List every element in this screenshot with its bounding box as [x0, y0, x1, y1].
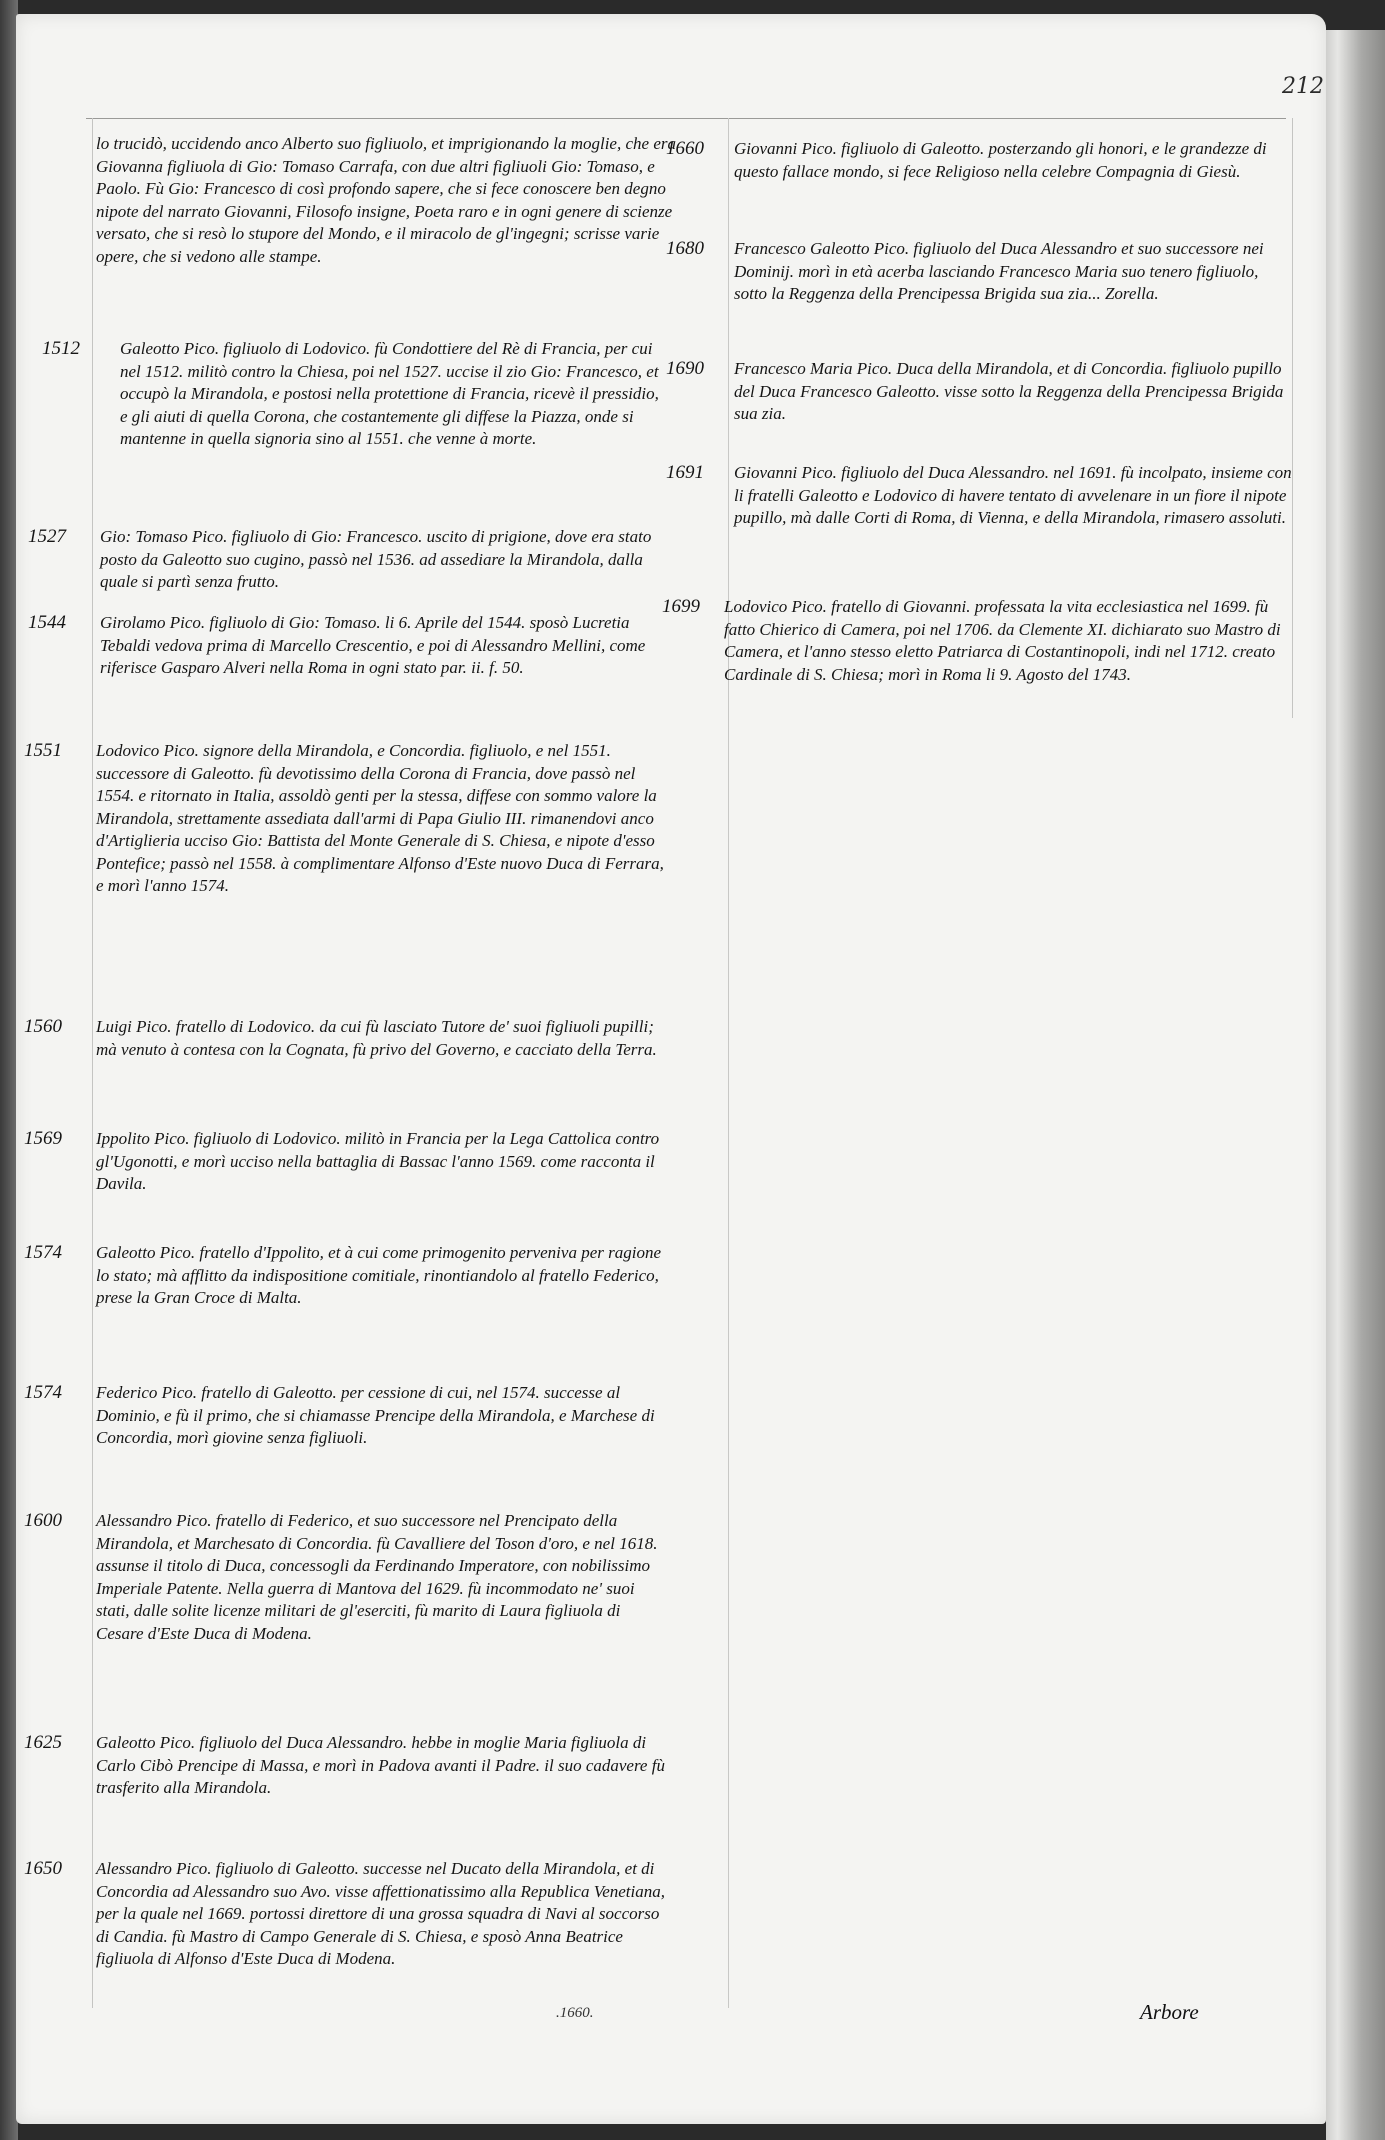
ruled-column-divider [728, 118, 729, 2008]
entry-1574-galeotto: 1574 Galeotto Pico. fratello d'Ippolito,… [96, 1242, 666, 1310]
entry-year: 1574 [24, 1382, 94, 1405]
entry-year: 1551 [24, 740, 94, 763]
catchword: Arbore [1140, 2000, 1199, 2025]
entry-year: 1512 [42, 338, 112, 361]
entry-text: Lodovico Pico. signore della Mirandola, … [96, 740, 666, 898]
entry-year: 1625 [24, 1732, 94, 1755]
entry-1680: 1680 Francesco Galeotto Pico. figliuolo … [734, 238, 1294, 306]
entry-year: 1691 [666, 462, 736, 485]
entry-1625: 1625 Galeotto Pico. figliuolo del Duca A… [96, 1732, 666, 1800]
entry-1660: 1660 Giovanni Pico. figliuolo di Galeott… [734, 138, 1294, 183]
entry-text: Giovanni Pico. figliuolo del Duca Alessa… [734, 462, 1294, 530]
entry-text: Francesco Maria Pico. Duca della Mirando… [734, 358, 1294, 426]
entry-year: 1650 [24, 1858, 94, 1881]
entry-year: 1574 [24, 1242, 94, 1265]
entry-1544: 1544 Girolamo Pico. figliuolo di Gio: To… [100, 612, 660, 680]
entry-1512: 1512 Galeotto Pico. figliuolo di Lodovic… [120, 338, 660, 451]
page-edge [1326, 30, 1385, 2140]
entry-year: 1680 [666, 238, 736, 261]
entry-text: lo trucidò, uccidendo anco Alberto suo f… [96, 133, 676, 268]
entry-year: 1560 [24, 1016, 94, 1039]
entry-text: Girolamo Pico. figliuolo di Gio: Tomaso.… [100, 612, 660, 680]
entry-year: 1660 [666, 138, 736, 161]
ruled-margin-top [86, 118, 1286, 119]
entry-text: Giovanni Pico. figliuolo di Galeotto. po… [734, 138, 1294, 183]
ruled-margin-left [92, 118, 93, 2008]
entry-text: Alessandro Pico. figliuolo di Galeotto. … [96, 1858, 666, 1971]
entry-1560: 1560 Luigi Pico. fratello di Lodovico. d… [96, 1016, 666, 1061]
entry-1650: 1650 Alessandro Pico. figliuolo di Galeo… [96, 1858, 666, 1971]
continuation-paragraph: lo trucidò, uccidendo anco Alberto suo f… [96, 133, 676, 268]
entry-text: Alessandro Pico. fratello di Federico, e… [96, 1510, 666, 1645]
manuscript-page [16, 14, 1326, 2124]
entry-text: Francesco Galeotto Pico. figliuolo del D… [734, 238, 1294, 306]
entry-year: 1527 [28, 526, 98, 549]
entry-year: 1699 [662, 596, 732, 619]
entry-year: 1690 [666, 358, 736, 381]
entry-1551: 1551 Lodovico Pico. signore della Mirand… [96, 740, 666, 898]
entry-text: Gio: Tomaso Pico. figliuolo di Gio: Fran… [100, 526, 660, 594]
entry-text: Ippolito Pico. figliuolo di Lodovico. mi… [96, 1128, 666, 1196]
bottom-date-note: .1660. [556, 2005, 594, 2022]
entry-text: Lodovico Pico. fratello di Giovanni. pro… [724, 596, 1284, 686]
entry-1691: 1691 Giovanni Pico. figliuolo del Duca A… [734, 462, 1294, 530]
entry-year: 1569 [24, 1128, 94, 1151]
entry-text: Luigi Pico. fratello di Lodovico. da cui… [96, 1016, 666, 1061]
entry-year: 1544 [28, 612, 98, 635]
entry-year: 1600 [24, 1510, 94, 1533]
entry-text: Galeotto Pico. fratello d'Ippolito, et à… [96, 1242, 666, 1310]
entry-1569: 1569 Ippolito Pico. figliuolo di Lodovic… [96, 1128, 666, 1196]
entry-1527: 1527 Gio: Tomaso Pico. figliuolo di Gio:… [100, 526, 660, 594]
entry-1600: 1600 Alessandro Pico. fratello di Federi… [96, 1510, 666, 1645]
entry-text: Federico Pico. fratello di Galeotto. per… [96, 1382, 666, 1450]
entry-1690: 1690 Francesco Maria Pico. Duca della Mi… [734, 358, 1294, 426]
entry-text: Galeotto Pico. figliuolo di Lodovico. fù… [120, 338, 660, 451]
entry-1699: 1699 Lodovico Pico. fratello di Giovanni… [724, 596, 1284, 686]
entry-text: Galeotto Pico. figliuolo del Duca Alessa… [96, 1732, 666, 1800]
entry-1574-federico: 1574 Federico Pico. fratello di Galeotto… [96, 1382, 666, 1450]
folio-number: 212 [1282, 74, 1324, 99]
